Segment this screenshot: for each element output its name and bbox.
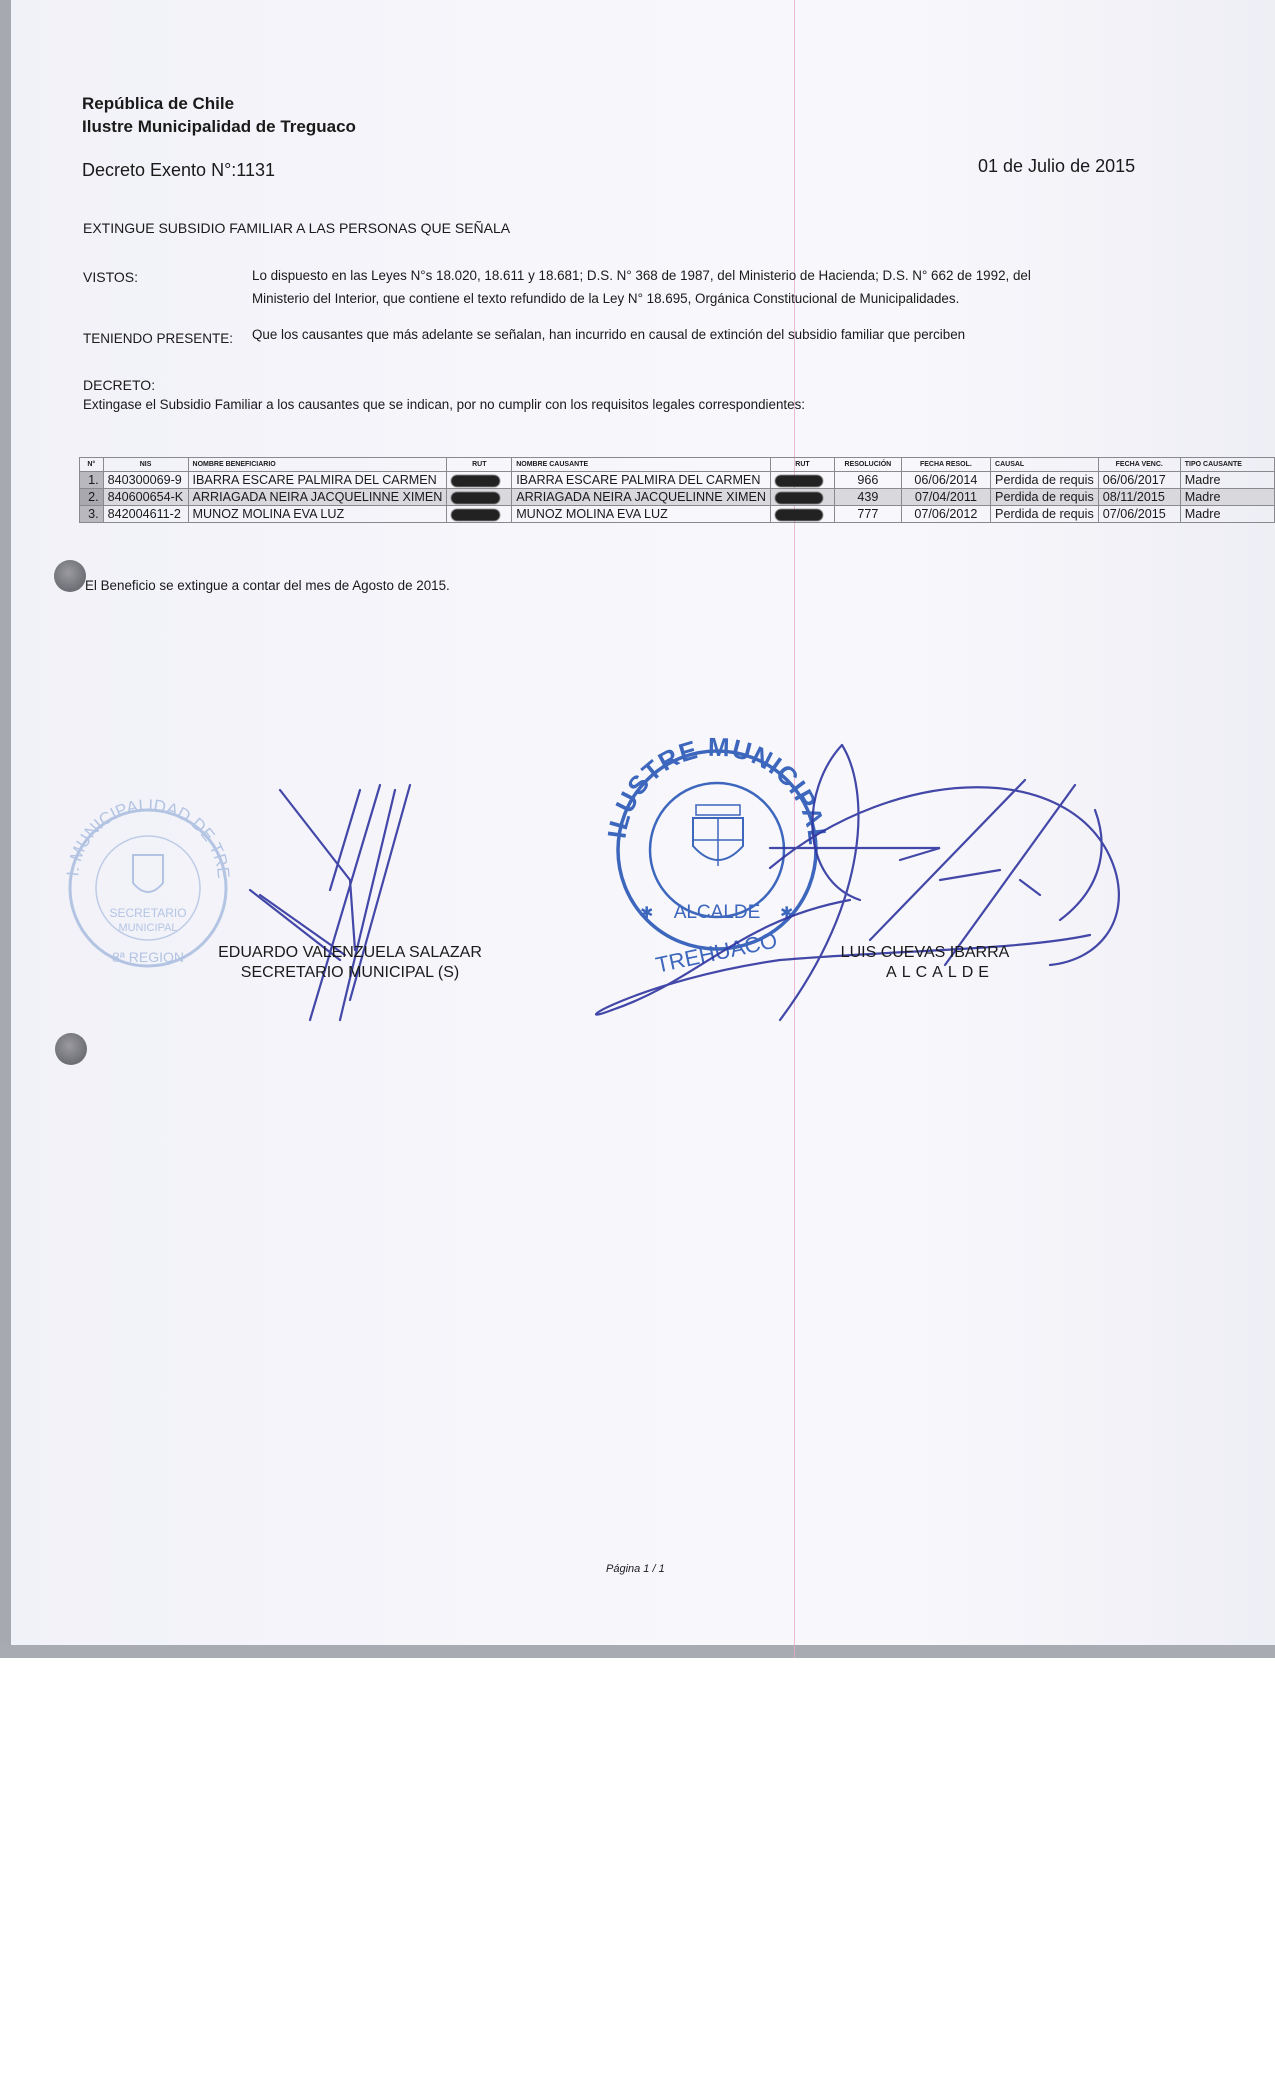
secretario-name: EDUARDO VALENZUELA SALAZAR — [180, 943, 520, 963]
alcalde-name: LUIS CUEVAS IBARRA — [825, 943, 1025, 963]
svg-text:I. MUNICIPALIDAD DE TREHUACO: I. MUNICIPALIDAD DE TREHUACO — [0, 0, 233, 879]
secretario-stamp-icon: I. MUNICIPALIDAD DE TREHUACO SECRETARIO … — [0, 0, 233, 966]
svg-text:SECRETARIO: SECRETARIO — [109, 906, 186, 920]
page-number: Página 1 / 1 — [606, 1563, 665, 1575]
scanner-edge-bottom — [0, 1645, 1275, 1658]
alcalde-role: ALCALDE — [825, 963, 1025, 983]
svg-text:✱: ✱ — [640, 905, 653, 922]
alcalde-stamp-icon: ILUSTRE MUNICIPALIDAD ALCALDE ✱ ✱ TREHUA… — [0, 0, 833, 978]
secretario-signature-block: EDUARDO VALENZUELA SALAZAR SECRETARIO MU… — [180, 943, 520, 983]
stamps-and-signatures: I. MUNICIPALIDAD DE TREHUACO SECRETARIO … — [0, 0, 1275, 1100]
secretario-signature — [250, 785, 410, 1020]
svg-text:ILUSTRE MUNICIPALIDAD: ILUSTRE MUNICIPALIDAD — [0, 0, 833, 847]
svg-text:ALCALDE: ALCALDE — [674, 902, 761, 923]
svg-text:TREHUACO: TREHUACO — [654, 927, 780, 977]
svg-text:8ª REGION: 8ª REGION — [112, 949, 184, 965]
secretario-role: SECRETARIO MUNICIPAL (S) — [180, 963, 520, 983]
svg-text:MUNICIPAL: MUNICIPAL — [118, 922, 177, 934]
alcalde-signature-block: LUIS CUEVAS IBARRA ALCALDE — [825, 943, 1025, 983]
